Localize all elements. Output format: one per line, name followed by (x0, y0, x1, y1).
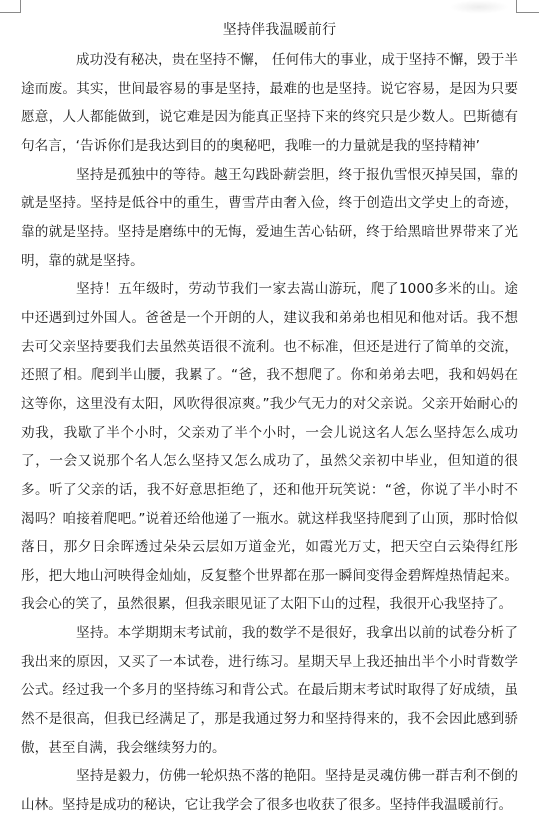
document-title: 坚持伴我温暖前行 (21, 16, 518, 44)
page-corner-mark-left (0, 0, 21, 13)
paragraph-2: 坚持是孤独中的等待。越王勾践卧薪尝胆，终于报仇雪恨灭掉吴国，靠的就是坚持。坚持是… (21, 161, 518, 276)
document-page: 坚持伴我温暖前行 成功没有秘决，贵在坚持不懈， 任何伟大的事业，成于坚持不懈，毁… (21, 16, 518, 820)
paragraph-5: 坚持是毅力，仿佛一轮炽热不落的艳阳。坚持是灵魂仿佛一群吉利不倒的山林。坚持是成功… (21, 762, 518, 819)
paragraph-3: 坚持！五年级时，劳动节我们一家去嵩山游玩，爬了1000多米的山。途中还遇到过外国… (21, 275, 518, 619)
page-shadow (449, 0, 509, 14)
paragraph-1: 成功没有秘决，贵在坚持不懈， 任何伟大的事业，成于坚持不懈，毁于半途而废。其实，… (21, 46, 518, 161)
page-corner-mark-right (516, 0, 539, 13)
paragraph-4: 坚持。本学期期末考试前，我的数学不是很好，我拿出以前的试卷分析了我出来的原因，又… (21, 619, 518, 762)
